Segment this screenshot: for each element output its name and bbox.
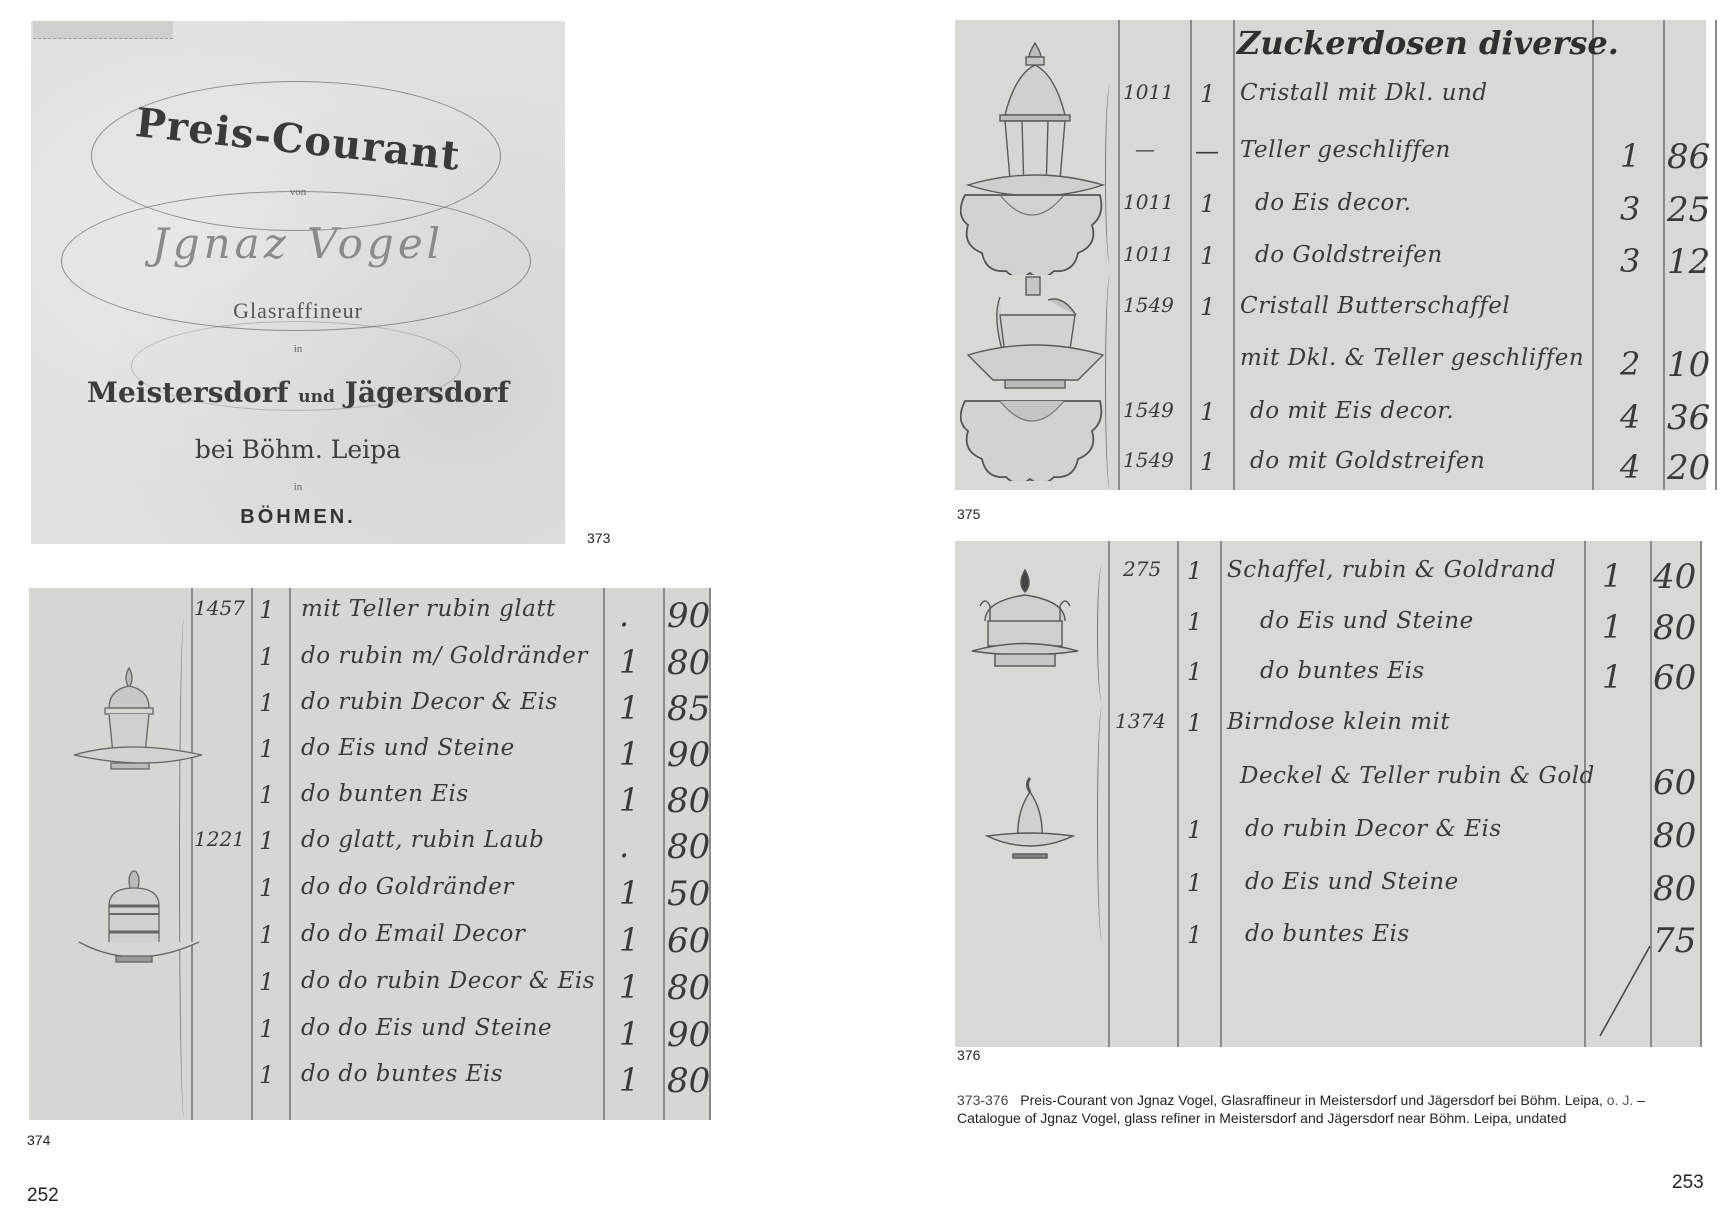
in-label: in: [31, 343, 565, 355]
figure-375-ledger: Zuckerdosen diverse. 1011 1 Cristall mit…: [955, 20, 1706, 490]
ledger-row: Deckel & Teller rubin & Gold 60: [955, 763, 1700, 803]
ledger-row: mit Dkl. & Teller geschliffen 2 10: [955, 345, 1706, 385]
column-rule: [1715, 20, 1717, 490]
ledger-row: 1221 1 do glatt, rubin Laub . 80: [29, 827, 709, 867]
ledger-row: 1 do bunten Eis 1 80: [29, 781, 709, 821]
place-b: Jägersdorf: [345, 376, 509, 409]
section-heading: Zuckerdosen diverse.: [1237, 24, 1619, 62]
ledger-row: 1 do rubin m/ Goldränder 1 80: [29, 643, 709, 683]
country-label: BÖHMEN.: [31, 506, 565, 529]
ledger-row: 1 do buntes Eis 75: [955, 921, 1700, 961]
figure-number-373: 373: [587, 530, 610, 546]
place-a: Meistersdorf: [87, 376, 289, 409]
ledger-row: 1374 1 Birndose klein mit: [955, 709, 1700, 749]
tape-strip: [33, 21, 173, 39]
ledger-row: 1011 1 do Eis decor. 3 25: [955, 190, 1706, 230]
ledger-row: 275 1 Schaffel, rubin & Goldrand 1 40: [955, 557, 1700, 597]
ledger-row: 1011 1 do Goldstreifen 3 12: [955, 242, 1706, 282]
ledger-row: 1549 1 do mit Eis decor. 4 36: [955, 398, 1706, 438]
figure-number-374: 374: [27, 1132, 50, 1148]
figure-374-ledger: 1457 1 mit Teller rubin glatt . 90 1 do …: [29, 588, 709, 1120]
ledger-row: 1 do do Goldränder 1 50: [29, 874, 709, 914]
und-label: und: [298, 387, 335, 407]
ledger-row: 1457 1 mit Teller rubin glatt . 90: [29, 596, 709, 636]
figure-caption: 373-376 Preis-Courant von Jgnaz Vogel, G…: [957, 1091, 1687, 1127]
total-stroke: [1595, 941, 1655, 1041]
ledger-row: — — Teller geschliffen 1 86: [955, 137, 1706, 177]
ledger-row: 1 do do Eis und Steine 1 90: [29, 1015, 709, 1055]
page-number-left: 252: [27, 1185, 59, 1207]
von-label: von: [31, 186, 565, 198]
page-number-right: 253: [1672, 1172, 1704, 1194]
proprietor-name: Jgnaz Vogel: [31, 219, 565, 268]
caption-undated-abbrev: o. J.: [1607, 1092, 1633, 1108]
ledger-row: 1 do Eis und Steine 80: [955, 869, 1700, 909]
caption-german-text: Preis-Courant von Jgnaz Vogel, Glasraffi…: [1020, 1092, 1603, 1108]
figure-376-ledger: 275 1 Schaffel, rubin & Goldrand 1 40 1 …: [955, 541, 1700, 1047]
ledger-row: 1 do do buntes Eis 1 80: [29, 1061, 709, 1101]
ledger-row: 1549 1 do mit Goldstreifen 4 20: [955, 448, 1706, 488]
in-label: in: [31, 481, 565, 493]
column-rule: [1700, 541, 1702, 1047]
ledger-row: 1 do do rubin Decor & Eis 1 80: [29, 968, 709, 1008]
ledger-row: 1 do rubin Decor & Eis 1 85: [29, 689, 709, 729]
ledger-row: 1 do rubin Decor & Eis 80: [955, 816, 1700, 856]
figure-number-375: 375: [957, 506, 980, 522]
figure-373-title-plate: Preis-Courant von Jgnaz Vogel Glasraffin…: [31, 21, 565, 544]
figure-number-376: 376: [957, 1047, 980, 1063]
caption-figure-range: 373-376: [957, 1092, 1008, 1108]
ledger-row: 1 do buntes Eis 1 60: [955, 658, 1700, 698]
ledger-row: 1011 1 Cristall mit Dkl. und: [955, 80, 1706, 120]
occupation-label: Glasraffineur: [31, 298, 565, 324]
ledger-row: 1 do Eis und Steine 1 90: [29, 735, 709, 775]
ledger-row: 1549 1 Cristall Butterschaffel: [955, 293, 1706, 333]
bei-location: bei Böhm. Leipa: [31, 435, 565, 464]
place-names: Meistersdorf und Jägersdorf: [31, 376, 565, 409]
ledger-row: 1 do do Email Decor 1 60: [29, 921, 709, 961]
ledger-row: 1 do Eis und Steine 1 80: [955, 608, 1700, 648]
